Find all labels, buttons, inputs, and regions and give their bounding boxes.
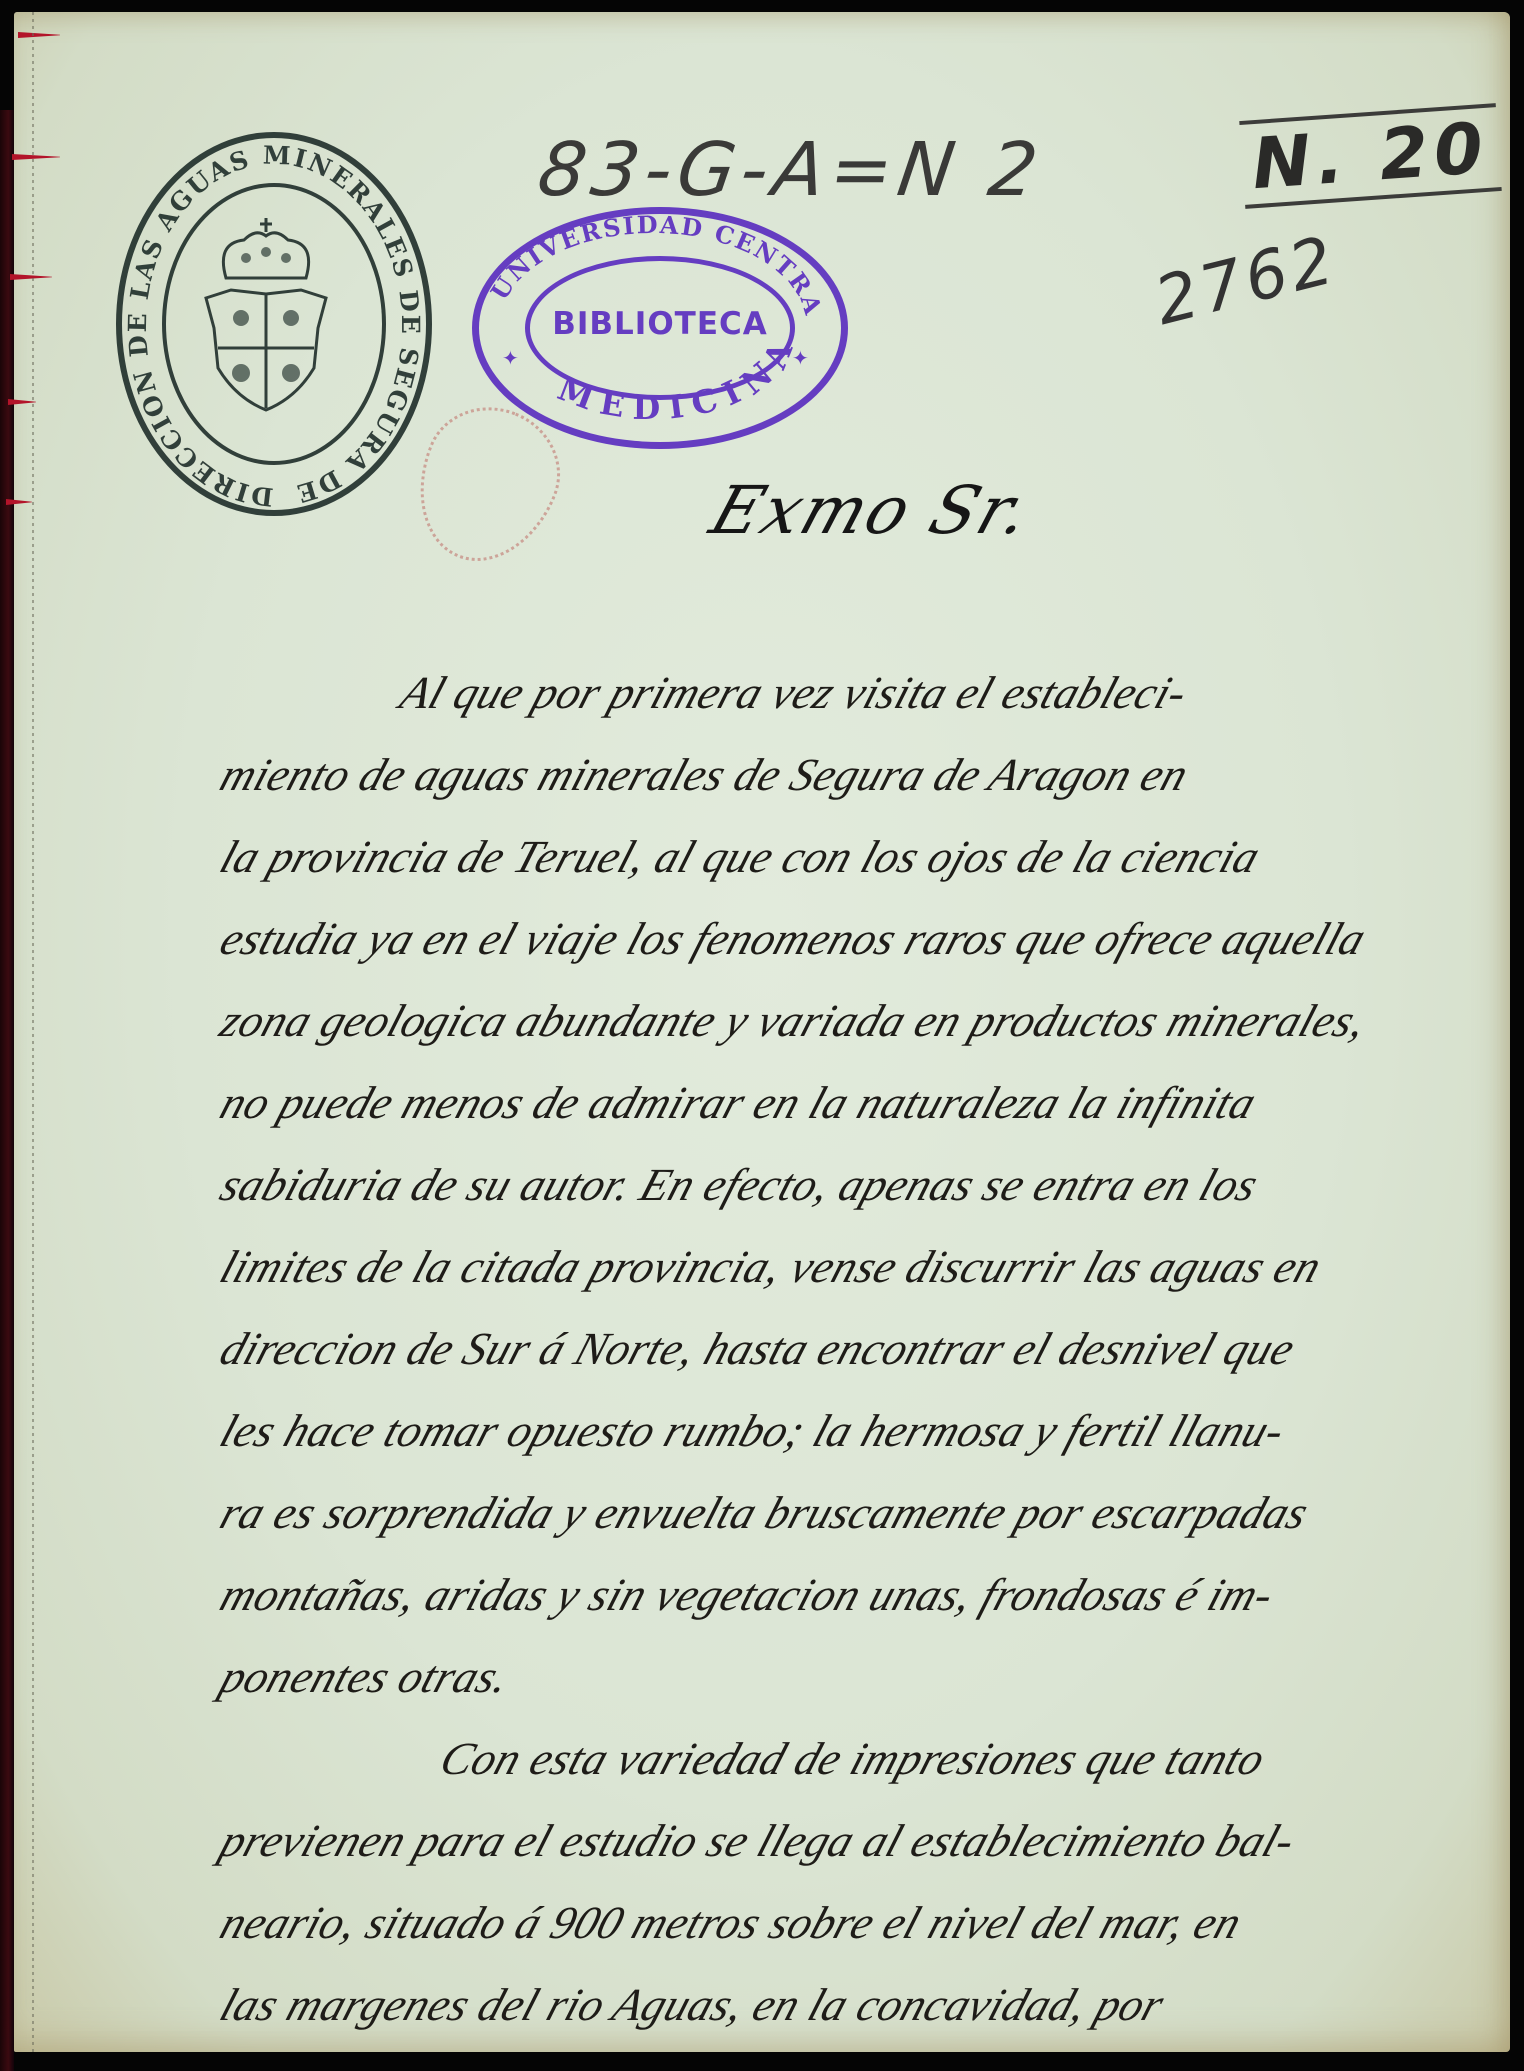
star-icon: ✦ [502,346,519,370]
text-line: la provincia de Teruel, al que con los o… [209,816,1426,898]
inventory-number: 2762 [1147,221,1344,340]
text-line: ra es sorprendida y envuelta bruscamente… [209,1472,1426,1554]
library-stamp-purple: UNIVERSIDAD CENTRAL MEDICINA ✦ ✦ BIBLIOT… [472,207,848,449]
binding-stitch [8,399,36,405]
manuscript-body: Al que por primera vez visita el estable… [209,652,1399,2046]
text-line: Con esta variedad de impresiones que tan… [209,1718,1426,1800]
binding-stitch [18,32,60,38]
text-line: direccion de Sur á Norte, hasta encontra… [209,1308,1426,1390]
text-line: las margenes del rio Aguas, en la concav… [209,1964,1426,2046]
binding-stitch [6,499,32,505]
binding-stitch [12,154,60,160]
text-line: no puede menos de admirar en la naturale… [209,1062,1426,1144]
text-line: estudia ya en el viaje los fenomenos rar… [209,898,1426,980]
text-line: montañas, aridas y sin vegetacion unas, … [209,1554,1426,1636]
text-line: zona geologica abundante y variada en pr… [209,980,1426,1062]
text-line: limites de la citada provincia, vense di… [209,1226,1426,1308]
archive-signature-code: 83-G-A=N 2 [533,127,1049,213]
text-line: previenen para el estudio se llega al es… [209,1800,1426,1882]
star-icon: ✦ [792,346,809,370]
binding-stitch [10,274,52,280]
text-line: sabiduria de su autor. En efecto, apenas… [209,1144,1426,1226]
text-line: miento de aguas minerales de Segura de A… [209,734,1426,816]
manuscript-page: DIRECCION DE LAS AGUAS MINERALES DE SEGU… [14,12,1510,2052]
text-line: les hace tomar opuesto rumbo; la hermosa… [209,1390,1426,1472]
text-line: Al que por primera vez visita el estable… [209,652,1426,734]
text-line: neario, situado á 900 metros sobre el ni… [209,1882,1426,1964]
official-seal-black: DIRECCION DE LAS AGUAS MINERALES DE SEGU… [116,132,432,516]
salutation: Exmo Sr. [701,472,1041,549]
text-line: ponentes otras. [209,1636,1426,1718]
stamp-center-label: BIBLIOTECA [479,306,841,342]
crowned-coat-of-arms-icon [196,218,336,418]
document-number: N. 20 [1239,103,1501,209]
